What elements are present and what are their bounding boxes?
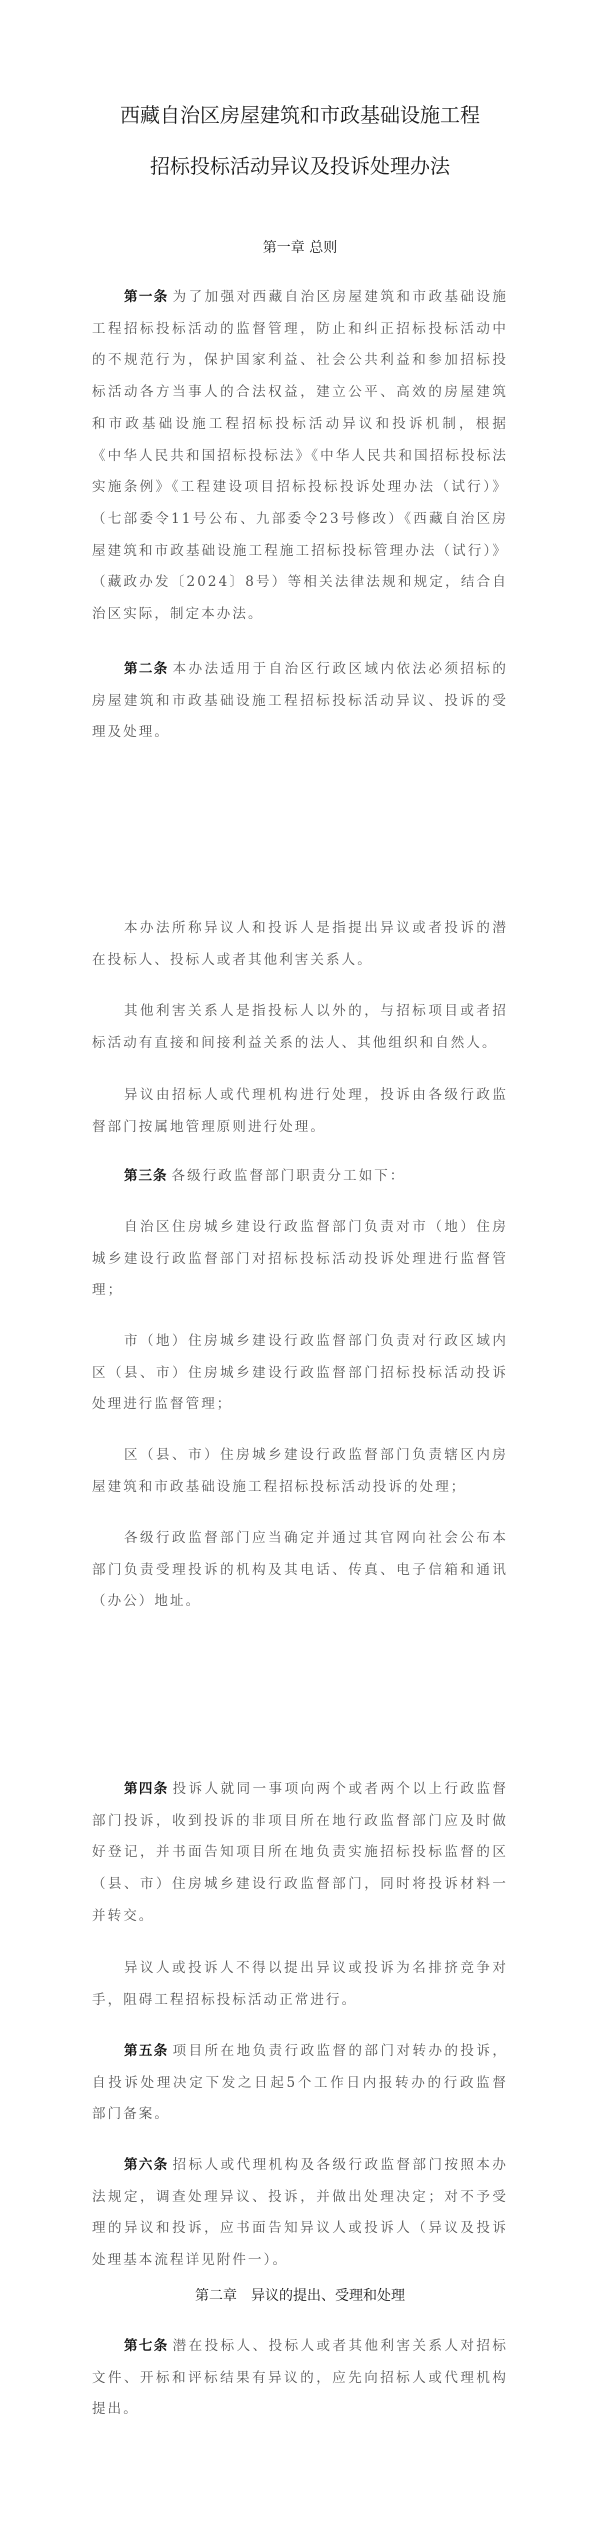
article-6: 第六条招标人或代理机构及各级行政监督部门按照本办法规定，调查处理异议、投诉，并做… xyxy=(92,2150,508,2277)
chapter-heading-1: 第一章 总则 xyxy=(0,238,600,258)
article-4: 第四条投诉人就同一事项向两个或者两个以上行政监督部门投诉，收到投诉的非项目所在地… xyxy=(92,1774,508,1933)
article-number: 第七条 xyxy=(124,2338,169,2354)
paragraph-county-duty: 区（县、市）住房城乡建设行政监督部门负责辖区内房屋建筑和市政基础设施工程招标投标… xyxy=(92,1440,508,1503)
article-text: 招标人或代理机构及各级行政监督部门按照本办法规定，调查处理异议、投诉，并做出处理… xyxy=(92,2157,508,2268)
article-2: 第二条本办法适用于自治区行政区域内依法必须招标的房屋建筑和市政基础设施工程招标投… xyxy=(92,654,508,749)
article-number: 第六条 xyxy=(124,2157,169,2173)
paragraph-region-duty: 自治区住房城乡建设行政监督部门负责对市（地）住房城乡建设行政监督部门对招标投标活… xyxy=(92,1212,508,1307)
article-number: 第三条 xyxy=(124,1168,168,1184)
chapter-heading-2: 第二章 异议的提出、受理和处理 xyxy=(0,2286,600,2306)
article-text: 各级行政监督部门职责分工如下： xyxy=(172,1168,406,1184)
article-text: 投诉人就同一事项向两个或者两个以上行政监督部门投诉，收到投诉的非项目所在地行政监… xyxy=(92,1781,508,1924)
article-7: 第七条潜在投标人、投标人或者其他利害关系人对招标文件、开标和评标结果有异议的，应… xyxy=(92,2331,508,2426)
article-text: 为了加强对西藏自治区房屋建筑和市政基础设施工程招标投标活动的监督管理，防止和纠正… xyxy=(92,289,508,622)
article-number: 第一条 xyxy=(124,289,169,305)
paragraph-no-obstruction: 异议人或投诉人不得以提出异议或投诉为名排挤竞争对手，阻碍工程招标投标活动正常进行… xyxy=(92,1953,508,2016)
article-number: 第五条 xyxy=(124,2043,169,2059)
paragraph-other-interested-parties: 其他利害关系人是指投标人以外的，与招标项目或者招标活动有直接和间接利益关系的法人… xyxy=(92,996,508,1059)
document-page: 西藏自治区房屋建筑和市政基础设施工程 招标投标活动异议及投诉处理办法 第一章 总… xyxy=(0,0,600,2546)
document-title-line-1: 西藏自治区房屋建筑和市政基础设施工程 xyxy=(0,103,600,127)
article-1: 第一条为了加强对西藏自治区房屋建筑和市政基础设施工程招标投标活动的监督管理，防止… xyxy=(92,282,508,631)
paragraph-definition-parties: 本办法所称异议人和投诉人是指提出异议或者投诉的潜在投标人、投标人或者其他利害关系… xyxy=(92,913,508,976)
paragraph-handling-principle: 异议由招标人或代理机构进行处理，投诉由各级行政监督部门按属地管理原则进行处理。 xyxy=(92,1080,508,1143)
paragraph-public-contact: 各级行政监督部门应当确定并通过其官网向社会公布本部门负责受理投诉的机构及其电话、… xyxy=(92,1523,508,1618)
paragraph-city-duty: 市（地）住房城乡建设行政监督部门负责对行政区域内区（县、市）住房城乡建设行政监督… xyxy=(92,1326,508,1421)
article-3: 第三条各级行政监督部门职责分工如下： xyxy=(92,1161,508,1193)
article-number: 第二条 xyxy=(124,661,169,677)
document-title-line-2: 招标投标活动异议及投诉处理办法 xyxy=(0,154,600,178)
article-number: 第四条 xyxy=(124,1781,169,1797)
article-5: 第五条项目所在地负责行政监督的部门对转办的投诉，自投诉处理决定下发之日起5个工作… xyxy=(92,2036,508,2131)
